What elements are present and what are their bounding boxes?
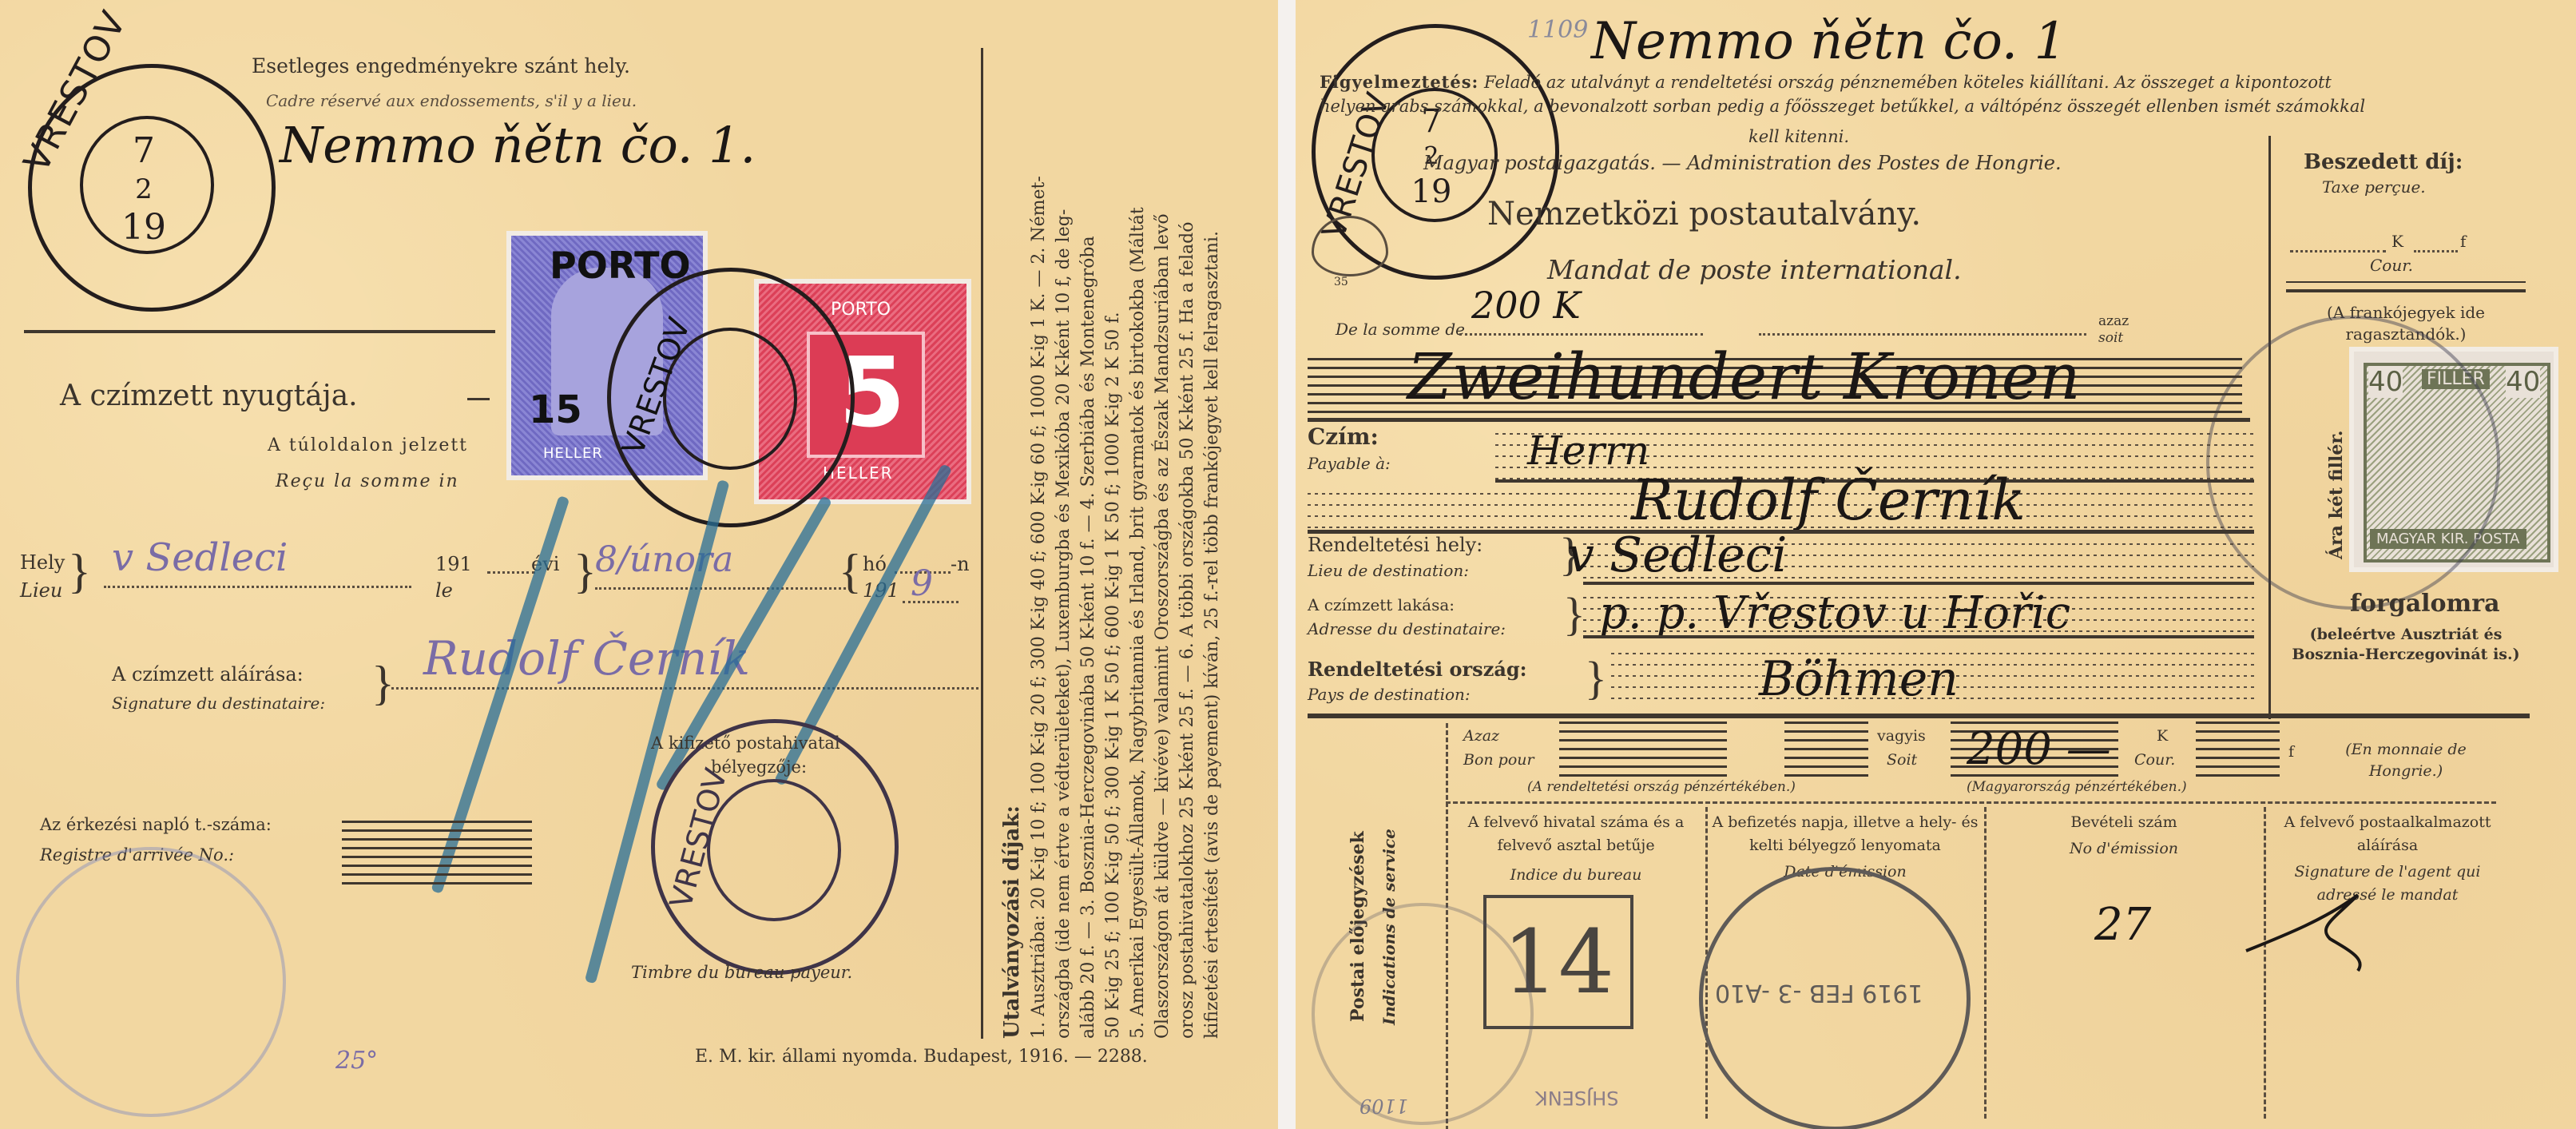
amount-value: 200 K: [1471, 284, 1581, 327]
divider: [1308, 418, 2250, 422]
signature-label-fr: Signature du destinataire:: [112, 694, 325, 713]
vagyis-label: vagyis: [1877, 727, 1926, 745]
endorsement-title-fr: Cadre réservé aux endossements, s'il y a…: [266, 91, 637, 110]
brace: }: [1585, 655, 1607, 702]
handwritten-note: Nemmo ňětn čo. 1: [1591, 12, 2066, 71]
destination-label-hu: Rendeltetési hely:: [1308, 534, 1482, 556]
cour2-label: Cour.: [2134, 751, 2175, 769]
arrival-label-hu: Az érkezési napló t.-száma:: [40, 815, 272, 834]
country-value: Böhmen: [1759, 651, 1959, 707]
postmark-month: 2: [120, 170, 168, 209]
month-suffix: -n: [951, 553, 970, 575]
service-col-label-fr: Indice du bureau: [1449, 864, 1703, 887]
payer-postmark-inner: [707, 779, 841, 921]
receipt-text-fr: Reçu la somme in: [276, 471, 459, 491]
address-label-hu: Czím:: [1308, 423, 1379, 450]
stamp-value: 15: [529, 388, 582, 432]
receipt-text-hu: A túloldalon jelzett: [268, 435, 468, 455]
hu-currency-note: (Magyarország pénzértékében.): [1967, 779, 2187, 795]
divider: [2286, 289, 2526, 292]
postmark-year: 19: [1407, 174, 1455, 209]
fee-k-field[interactable]: [2290, 250, 2386, 252]
bon-field-1[interactable]: [1559, 722, 1727, 777]
fee-title: Beszedett díj:: [2304, 150, 2463, 174]
bon-label-fr: Bon pour: [1463, 751, 1534, 769]
brace: {: [839, 547, 862, 595]
hungarian-amount: 200 —: [1967, 723, 2111, 775]
year-field-2[interactable]: [903, 601, 959, 603]
signature-label-hu: A czímzett aláírása:: [112, 663, 304, 686]
service-col-label: A felvevő hivatal száma és a felvevő asz…: [1449, 811, 1703, 857]
administration: Magyar postaigazgatás. — Administration …: [1423, 152, 2062, 174]
rates-line: Olaszországon át küldve — kivéve) valami…: [1150, 48, 1175, 1039]
residence-label-hu: A czímzett lakása:: [1308, 595, 1455, 614]
warning-text: kell kitenni.: [1320, 125, 2278, 149]
rates-text: 1. Ausztriába: 20 K-ig 10 f; 100 K-ig 20…: [1026, 48, 1224, 1039]
stamp-header: PORTO: [831, 300, 891, 320]
faint-postmark: [1312, 903, 1534, 1125]
address-label-fr: Payable à:: [1308, 454, 1391, 473]
circulation-note: (beleértve Ausztriát és Bosznia-Herczego…: [2290, 625, 2522, 665]
warning-text: Feladó az utalványt a rendeltetési orszá…: [1484, 73, 2332, 92]
dashed-divider: [1984, 807, 1987, 1119]
stamp-bottom: HELLER: [543, 445, 603, 462]
place-value: v Sedleci: [112, 535, 288, 580]
service-col-3: Bevételi szám No d'émission: [1988, 811, 2260, 861]
fee-k-label: K: [2391, 232, 2403, 251]
dashed-divider: [1446, 801, 2496, 804]
warning-text: helyen arabs számokkal, a bevonalzott so…: [1320, 94, 2534, 118]
brace: }: [1563, 591, 1586, 638]
amount-field[interactable]: [1459, 333, 1703, 336]
form-number: 35: [1334, 276, 1348, 288]
bon-label-hu: Azaz: [1463, 727, 1499, 745]
destination-label-fr: Lieu de destination:: [1308, 561, 1469, 580]
subtitle: Mandat de poste international.: [1547, 254, 1962, 285]
month-label: hó: [863, 553, 887, 575]
residence-label-fr: Adresse du destinataire:: [1308, 619, 1506, 638]
signature-value: Rudolf Černík: [423, 631, 750, 686]
hu-filler-field[interactable]: [2196, 722, 2280, 777]
warning-label: Figyelmeztetés:: [1320, 72, 1479, 92]
place-label-hu: Hely: [20, 551, 65, 574]
money-order-card: VRESTOV 7 2 19 35 Nemmo ňětn čo. 1 1109 …: [1296, 0, 2576, 1129]
service-col-label: Bevételi szám: [1988, 811, 2260, 834]
hu-money-note: (En monnaie de Hongrie.): [2326, 739, 2486, 782]
rates-title: Utalványozási díjak:: [1000, 120, 1024, 1039]
dash: [467, 398, 490, 400]
amount-label-fr: De la somme de: [1336, 320, 1465, 339]
endorsement-title: Esetleges engedményekre szánt hely.: [252, 54, 630, 78]
warning: Figyelmeztetés: Feladó az utalványt a re…: [1320, 70, 2534, 149]
postmark-year: 19: [120, 209, 168, 247]
agent-signature: [2238, 863, 2414, 975]
amount-words: Zweihundert Kronen: [1407, 340, 2081, 414]
rates-divider: [981, 48, 983, 1039]
arrival-number-field[interactable]: [342, 821, 532, 885]
residence-value: p. p. Vřestov u Hořic: [1599, 587, 2070, 639]
rates-line: orosz postahivatalokhoz 25 K-ként 25 f. …: [1175, 48, 1200, 1039]
place-field[interactable]: [104, 586, 411, 588]
k2-label: K: [2157, 727, 2168, 745]
destination-value: v Sedleci: [1567, 527, 1787, 583]
rates-line: 5. Amerikai Egyesült-Államok, Nagybritan…: [1125, 48, 1150, 1039]
azaz-label: azaz: [2098, 313, 2129, 329]
f2-label: f: [2288, 743, 2294, 761]
faint-postmark: [16, 847, 286, 1117]
place-label-fr: Lieu: [20, 579, 62, 602]
divider: [1308, 714, 2530, 718]
brace: }: [371, 659, 395, 707]
brace: }: [68, 547, 91, 595]
signature-field[interactable]: [391, 687, 978, 690]
divider: [24, 330, 495, 333]
rates-line: kifizetési értesítést (avis de payement)…: [1200, 48, 1224, 1039]
le-label: le: [435, 579, 453, 602]
service-col-label: A befizetés napja, illetve a hely- és ke…: [1709, 811, 1981, 857]
issue-number: 27: [2094, 899, 2151, 951]
stamp-overprint: PORTO: [550, 244, 691, 287]
rates-line: 1. Ausztriába: 20 K-ig 10 f; 100 K-ig 20…: [1026, 48, 1051, 1039]
footer-print: E. M. kir. állami nyomda. Budapest, 1916…: [695, 1047, 1148, 1067]
year-prefix: 191: [435, 553, 472, 575]
divider: [2286, 281, 2526, 283]
address-line-2: Rudolf Černík: [1631, 467, 2026, 533]
postmark-date: 7 2 19: [120, 132, 168, 247]
corner-note: 25°: [335, 1047, 378, 1075]
fee-f-field[interactable]: [2414, 250, 2458, 252]
rates-line: alább 20 f. — 3. Bosznia-Herczegovinába …: [1076, 48, 1101, 1039]
country-label-hu: Rendeltetési ország:: [1308, 658, 1527, 681]
bottom-pencil-1: 1109: [1359, 1095, 1408, 1117]
stamp-value-right: 40: [2506, 366, 2540, 398]
dest-currency-note: (A rendeltetési ország pénzértékében.): [1527, 779, 1796, 795]
bottom-pencil-2: SHJSENK: [1535, 1087, 1618, 1109]
country-label-fr: Pays de destination:: [1308, 685, 1471, 704]
divider: [1583, 635, 2254, 638]
fee-subtitle: Taxe perçue.: [2322, 177, 2426, 197]
divider: [1583, 582, 2254, 585]
fee-f-label: f: [2460, 232, 2466, 251]
rates-line: országba (ide nem értve a védterületeket…: [1051, 48, 1076, 1039]
brace: }: [574, 547, 597, 595]
handwritten-note: Nemmo ňětn čo. 1.: [280, 116, 756, 174]
date-field[interactable]: [595, 587, 851, 590]
postmark-day: 7: [120, 132, 168, 170]
circulation-title: forgalomra: [2350, 590, 2500, 618]
title: Nemzetközi postautalvány.: [1487, 196, 1921, 233]
bon-field-2[interactable]: [1784, 722, 1868, 777]
year-value: 9: [911, 563, 933, 604]
soit2-label: Soit: [1887, 751, 1917, 769]
date-postmark-value: 1919 FEB -3 -A10: [1715, 979, 1923, 1007]
payer-office-label-fr: Timbre du bureau payeur.: [631, 963, 852, 982]
receipt-title: A czímzett nyugtája.: [60, 380, 358, 412]
receipt-card: VRESTOV 7 2 19 Esetleges engedményekre s…: [0, 0, 1278, 1129]
service-col-1: A felvevő hivatal száma és a felvevő asz…: [1449, 811, 1703, 887]
fee-cour-label: Cour.: [2370, 256, 2413, 275]
amount-field-2[interactable]: [1759, 333, 2086, 336]
year-field[interactable]: [487, 571, 535, 574]
soit-label: soit: [2098, 330, 2123, 346]
service-col-label: A felvevő postaalkalmazott aláírása: [2268, 811, 2507, 857]
rates-line: 50 K-ig 25 f; 100 K-ig 50 f; 300 K-ig 1 …: [1101, 48, 1125, 1039]
pencil-note: 1109: [1527, 16, 1588, 44]
service-col-label-fr: No d'émission: [1988, 837, 2260, 861]
